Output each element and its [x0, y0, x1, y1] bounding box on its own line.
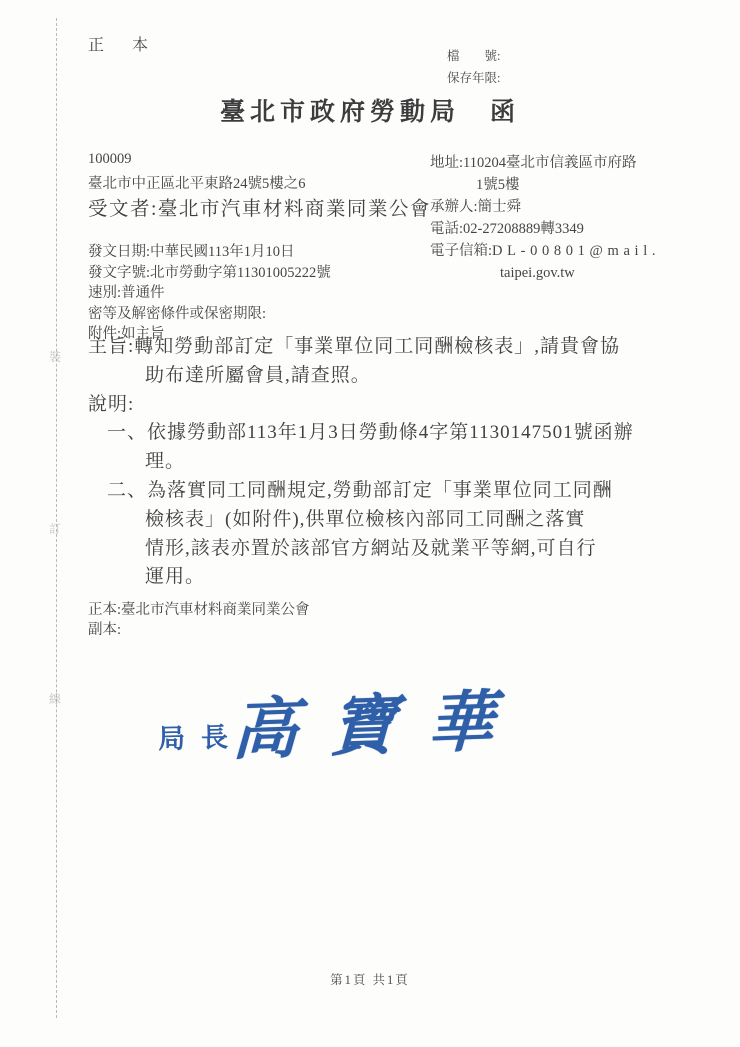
document-meta-block: 發文日期:中華民國113年1月10日 發文字號:北市勞動字第1130100522… — [88, 242, 331, 345]
sender-address-line2: 1號5樓 — [430, 174, 720, 196]
subject-line-2: 助布達所屬會員,請查照。 — [145, 362, 688, 391]
original-copy-line: 正本:臺北市汽車材料商業同業公會 — [88, 598, 310, 619]
sender-email-domain: taipei.gov.tw — [430, 262, 720, 284]
subject-line-1: 主旨:轉知勞動部訂定「事業單位同工同酬檢核表」,請貴會協 — [88, 333, 688, 362]
sender-email-line1: 電子信箱:DL-00801@mail. — [430, 240, 720, 262]
binding-mark-xian: 線 — [46, 690, 64, 707]
issue-date: 發文日期:中華民國113年1月10日 — [88, 242, 331, 263]
item-2-number: 二、 — [107, 480, 147, 501]
item-2-line-1: 二、為落實同工同酬規定,勞動部訂定「事業單位同工同酬 — [107, 477, 688, 506]
sender-email-user: DL-00801@mail. — [492, 243, 660, 259]
explanation-label: 說明: — [88, 391, 688, 420]
file-number-label: 檔 號: — [447, 46, 500, 64]
recipient-line: 受文者:臺北市汽車材料商業同業公會 — [88, 193, 431, 221]
sender-contact: 承辦人:簡士舜 — [430, 196, 720, 218]
sender-address-line1: 地址:110204臺北市信義區市府路 — [430, 152, 720, 174]
document-title: 臺北市政府勞動局 函 — [0, 92, 740, 128]
copy-type-label: 正 本 — [88, 32, 154, 55]
item-2-line-4: 運用。 — [145, 563, 688, 592]
recipient-zip: 100009 — [88, 151, 132, 168]
issue-number: 發文字號:北市勞動字第11301005222號 — [88, 263, 331, 284]
official-letter-page: 正 本 檔 號: 保存年限: 臺北市政府勞動局 函 裝 訂 線 100009 臺… — [0, 0, 740, 1047]
signature-name-stamp: 高寶華 — [230, 667, 527, 772]
item-1-number: 一、 — [107, 422, 147, 443]
sender-phone: 電話:02-27208889轉3349 — [430, 218, 720, 240]
sender-info-block: 地址:110204臺北市信義區市府路 1號5樓 承辦人:簡士舜 電話:02-27… — [430, 152, 720, 284]
item-2-line-3: 情形,該表亦置於該部官方網站及就業平等網,可自行 — [145, 535, 688, 564]
page-number-footer: 第1頁 共1頁 — [0, 970, 740, 988]
binding-mark-zhuang: 裝 — [46, 348, 64, 365]
sender-email-label: 電子信箱: — [430, 243, 492, 259]
item-1-line-2: 理。 — [145, 448, 688, 477]
item-1-line-1: 一、依據勞動部113年1月3日勞動條4字第1130147501號函辦 — [107, 419, 688, 448]
binding-dotted-line — [56, 18, 57, 1018]
cc-copy-line: 副本: — [88, 618, 121, 639]
retention-period-label: 保存年限: — [447, 68, 500, 86]
recipient-address: 臺北市中正區北平東路24號5樓之6 — [88, 172, 306, 193]
security-class: 密等及解密條件或保密期限: — [88, 304, 331, 325]
binding-mark-ding: 訂 — [46, 520, 64, 537]
letter-body: 主旨:轉知勞動部訂定「事業單位同工同酬檢核表」,請貴會協 助布達所屬會員,請查照… — [88, 333, 688, 592]
speed-class: 速別:普通件 — [88, 283, 331, 304]
item-2-line-2: 檢核表」(如附件),供單位檢核內部同工同酬之落實 — [145, 506, 688, 535]
subject-label: 主旨: — [88, 336, 134, 357]
